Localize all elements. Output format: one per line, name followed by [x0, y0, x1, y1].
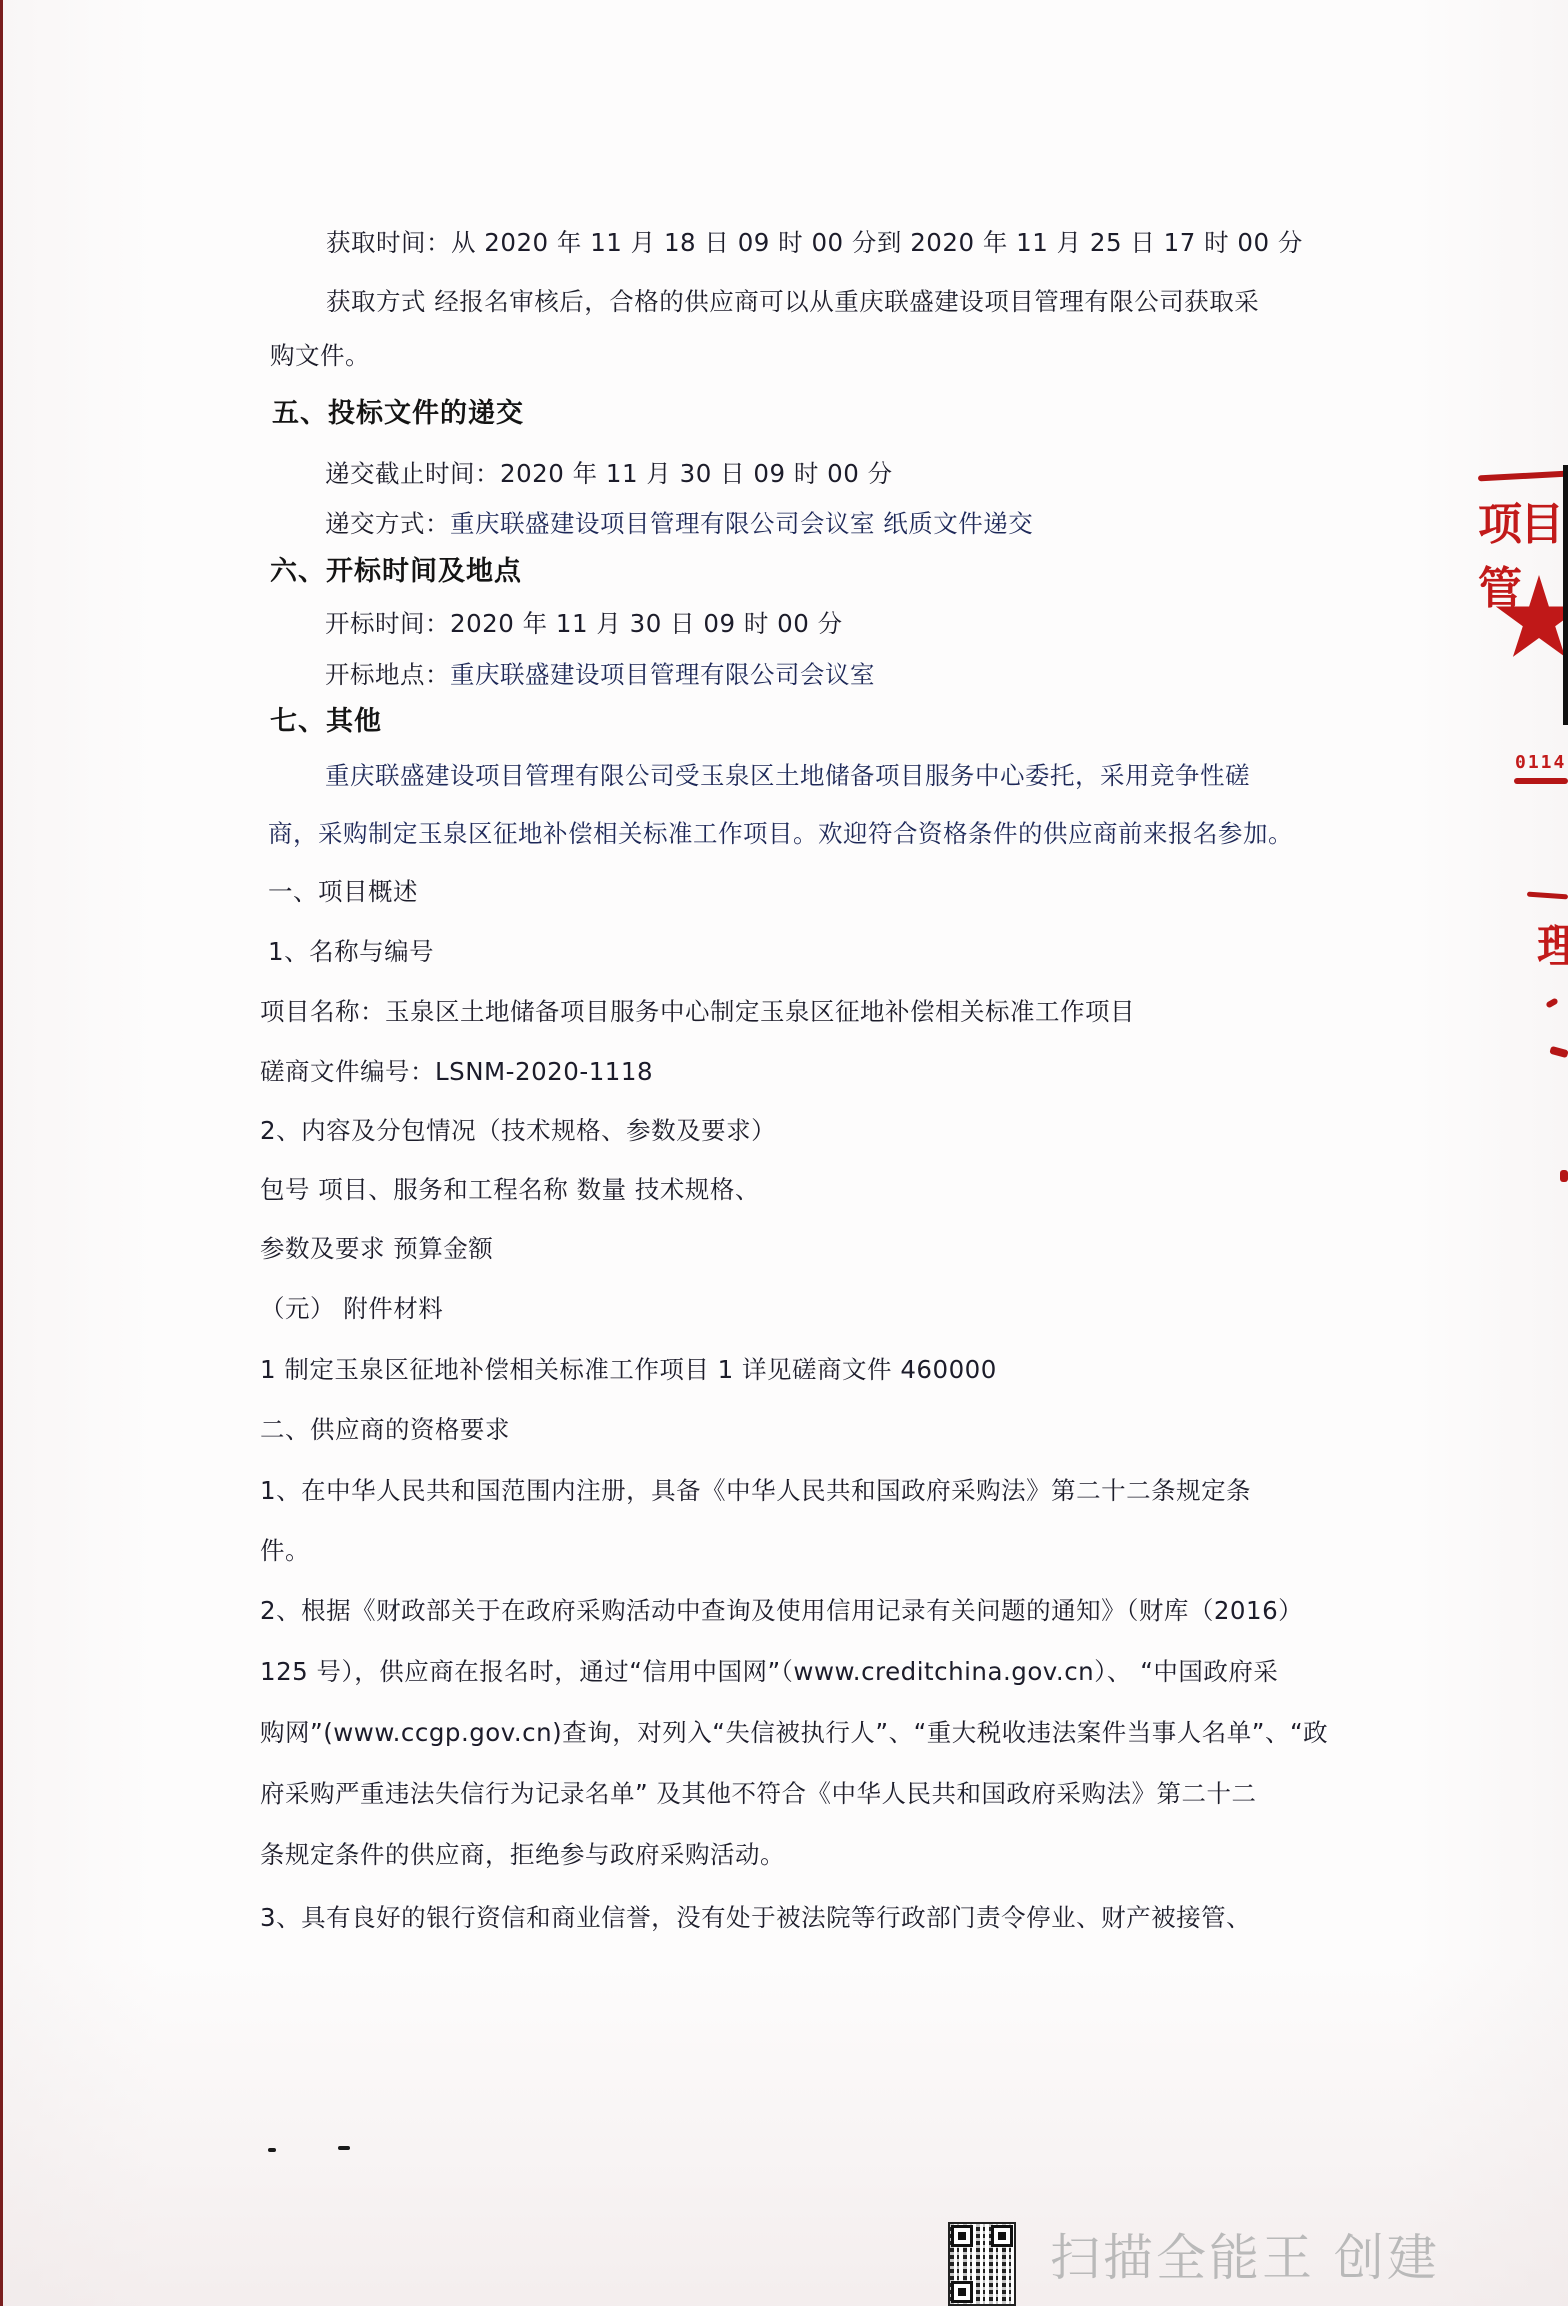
qr-code-icon: [948, 2222, 1016, 2306]
submit-method: 递交方式：重庆联盛建设项目管理有限公司会议室 纸质文件递交: [325, 508, 1033, 540]
table-row: 1 制定玉泉区征地补偿相关标准工作项目 1 详见磋商文件 460000: [260, 1354, 997, 1386]
watermark-text: 扫描全能王 创建: [1050, 2218, 1440, 2290]
qualification-1-line-2: 件。: [260, 1535, 310, 1567]
other-paragraph-line-1: 重庆联盛建设项目管理有限公司受玉泉区土地储备项目服务中心委托，采用竞争性磋: [325, 760, 1250, 792]
qualification-1-line-1: 1、在中华人民共和国范围内注册，具备《中华人民共和国政府采购法》第二十二条规定条: [260, 1475, 1251, 1507]
name-number-heading: 1、名称与编号: [268, 936, 434, 968]
open-time: 开标时间：2020 年 11 月 30 日 09 时 00 分: [325, 608, 843, 640]
submit-method-value: 重庆联盛建设项目管理有限公司会议室 纸质文件递交: [450, 509, 1033, 538]
page-background: [0, 0, 1568, 2306]
scan-border-line: [1563, 465, 1568, 725]
section-5-heading: 五、投标文件的递交: [272, 398, 524, 430]
seal-number: 0114: [1515, 752, 1566, 773]
project-name: 项目名称：玉泉区土地储备项目服务中心制定玉泉区征地补偿相关标准工作项目: [260, 996, 1135, 1028]
acquire-time: 获取时间：从 2020 年 11 月 18 日 09 时 00 分到 2020 …: [326, 227, 1303, 259]
qualification-2-line-2: 125 号），供应商在报名时，通过“信用中国网”（www.creditchina…: [260, 1656, 1278, 1688]
open-place-value: 重庆联盛建设项目管理有限公司会议室: [450, 660, 875, 689]
qualification-heading: 二、供应商的资格要求: [260, 1414, 510, 1446]
acquire-method-line-2: 购文件。: [270, 340, 370, 372]
seal-text-top: 项目管: [1478, 488, 1568, 616]
acquire-method-line-1: 获取方式 经报名审核后，合格的供应商可以从重庆联盛建设项目管理有限公司获取采: [326, 286, 1259, 318]
section-6-heading: 六、开标时间及地点: [270, 556, 522, 588]
ink-speck: [338, 2146, 350, 2150]
qualification-2-line-4: 府采购严重违法失信行为记录名单” 及其他不符合《中华人民共和国政府采购法》第二十…: [260, 1778, 1256, 1810]
seal-underline: [1514, 778, 1568, 784]
other-paragraph-line-2: 商，采购制定玉泉区征地补偿相关标准工作项目。欢迎符合资格条件的供应商前来报名参加…: [268, 818, 1293, 850]
document-number: 磋商文件编号：LSNM-2020-1118: [260, 1056, 653, 1088]
table-header-line-2: 参数及要求 预算金额: [260, 1233, 493, 1265]
open-place: 开标地点：重庆联盛建设项目管理有限公司会议室: [325, 659, 875, 691]
scan-edge: [0, 0, 3, 2306]
seal-text-bottom: 理: [1537, 910, 1568, 976]
qr-finder: [991, 2225, 1013, 2247]
table-header-line-3: （元） 附件材料: [260, 1293, 443, 1325]
section-7-heading: 七、其他: [270, 706, 382, 738]
qualification-2-line-1: 2、根据《财政部关于在政府采购活动中查询及使用信用记录有关问题的通知》（财库（2…: [260, 1595, 1303, 1627]
qr-finder: [951, 2225, 973, 2247]
open-place-label: 开标地点：: [325, 660, 450, 689]
table-header-line-1: 包号 项目、服务和工程名称 数量 技术规格、: [260, 1174, 760, 1206]
content-heading: 2、内容及分包情况（技术规格、参数及要求）: [260, 1115, 776, 1147]
qr-finder: [951, 2281, 973, 2303]
submit-deadline: 递交截止时间：2020 年 11 月 30 日 09 时 00 分: [325, 458, 893, 490]
qualification-3-line-1: 3、具有良好的银行资信和商业信誉，没有处于被法院等行政部门责令停业、财产被接管、: [260, 1902, 1251, 1934]
overview-heading: 一、项目概述: [268, 876, 418, 908]
ink-speck: [268, 2148, 276, 2152]
qualification-2-line-5: 条规定条件的供应商，拒绝参与政府采购活动。: [260, 1839, 785, 1871]
qualification-2-line-3: 购网”(www.ccgp.gov.cn)查询，对列入“失信被执行人”、“重大税收…: [260, 1717, 1328, 1749]
seal-fragment: [1560, 1170, 1568, 1182]
submit-method-label: 递交方式：: [325, 509, 450, 538]
